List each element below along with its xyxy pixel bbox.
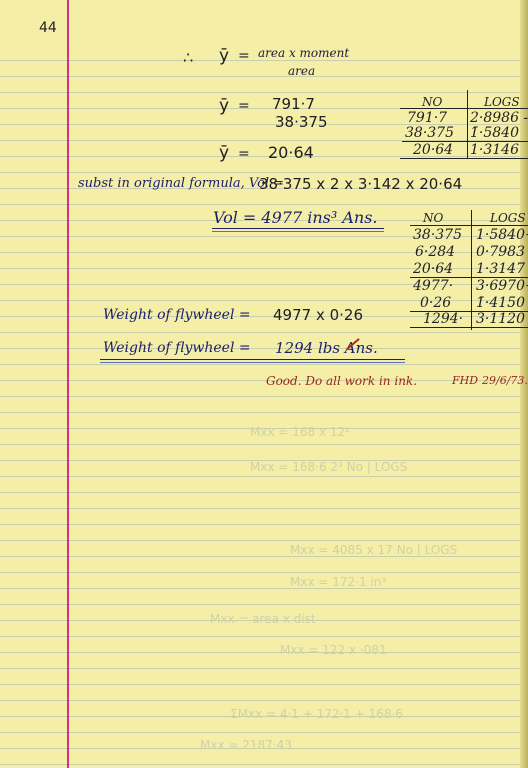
show-through-line: Mxx = 168·6 2³ No | LOGS bbox=[250, 460, 407, 474]
show-through-line: Mxx = area x dist bbox=[210, 612, 316, 626]
show-through-line: ΣMxx = 4·1 + 172·1 + 168·6 bbox=[230, 707, 403, 721]
log-row-no: 4977· bbox=[413, 278, 453, 294]
formula-denominator: area bbox=[288, 64, 315, 78]
y-bar-result: 20·64 bbox=[268, 143, 314, 162]
log-table-header-no: NO bbox=[423, 211, 443, 225]
table-rule bbox=[410, 327, 528, 328]
show-through-line: Mxx = 168 x 12² bbox=[250, 425, 350, 439]
table-divider bbox=[471, 210, 472, 330]
log-row-no: 20·64 bbox=[413, 142, 453, 158]
volume-underline-2 bbox=[212, 231, 384, 232]
log-row-no: 38·375 bbox=[405, 125, 454, 141]
log-row-log: 3·1120 bbox=[476, 311, 525, 327]
show-through-line: Mxx = 2187·43 bbox=[200, 738, 292, 752]
log-row-log: 0·7983 bbox=[476, 244, 525, 260]
table-divider bbox=[467, 90, 468, 158]
weight-expression: 4977 x 0·26 bbox=[273, 306, 363, 324]
teacher-date: 29/6/73. bbox=[482, 374, 528, 387]
log-row-log: 1·5840+ bbox=[476, 227, 528, 243]
show-through-line: Mxx = 172·1 in³ bbox=[290, 575, 386, 589]
y-bar-symbol: ȳ bbox=[219, 96, 229, 116]
volume-label: subst in original formula, Vol = bbox=[78, 176, 284, 191]
log-table-header-no: NO bbox=[422, 95, 442, 109]
log-row-no: 0·26 bbox=[420, 295, 451, 311]
log-row-no: 791·7 bbox=[407, 110, 447, 126]
margin-line bbox=[67, 0, 69, 768]
show-through-line: Mxx = 122 x ·081 bbox=[280, 643, 387, 657]
table-rule bbox=[400, 108, 528, 109]
log-row-no: 6·284 bbox=[415, 244, 455, 260]
formula-numerator: area x moment bbox=[258, 46, 349, 60]
log-row-no: 38·375 bbox=[413, 227, 462, 243]
y-bar-symbol: ȳ bbox=[219, 46, 229, 66]
weight-underline bbox=[100, 359, 405, 360]
volume-expression: 38·375 x 2 x 3·142 x 20·64 bbox=[259, 175, 462, 193]
log-row-log: 1·3147 bbox=[476, 261, 525, 277]
equals-sign: = bbox=[238, 98, 250, 114]
table-rule bbox=[410, 225, 528, 226]
table-rule bbox=[400, 158, 528, 159]
weight-label-1: Weight of flywheel = bbox=[103, 307, 251, 323]
log-row-log: 1̄·5840 bbox=[470, 125, 519, 141]
equals-sign: = bbox=[238, 48, 250, 64]
fraction-denominator: 38·375 bbox=[275, 113, 328, 131]
therefore-symbol: ∴ bbox=[183, 48, 193, 67]
log-table-header-logs: LOGS bbox=[490, 211, 526, 225]
volume-underline bbox=[212, 228, 384, 229]
show-through-line: Mxx = 4085 x 17 No | LOGS bbox=[290, 543, 457, 557]
weight-label-2: Weight of flywheel = bbox=[103, 340, 251, 356]
y-bar-symbol: ȳ bbox=[219, 143, 229, 163]
log-row-log: 1·3146 bbox=[470, 142, 519, 158]
volume-result: Vol = 4977 ins³ Ans. bbox=[213, 208, 378, 227]
equals-sign: = bbox=[238, 146, 250, 162]
log-row-no: 20·64 bbox=[413, 261, 453, 277]
notebook-page bbox=[0, 0, 528, 768]
log-row-log: 2·8986 - bbox=[470, 110, 528, 126]
log-row-no: 1294· bbox=[423, 311, 463, 327]
teacher-comment: Good. Do all work in ink. bbox=[266, 374, 417, 388]
log-table-header-logs: LOGS bbox=[484, 95, 520, 109]
teacher-initials: FHD bbox=[452, 374, 478, 387]
page-number: 44 bbox=[39, 20, 57, 36]
log-row-log: 1̄·4150 bbox=[476, 295, 525, 311]
weight-underline-2 bbox=[100, 362, 405, 363]
log-row-log: 3·6970+ bbox=[476, 278, 528, 294]
weight-result: 1294 lbs Ans. bbox=[275, 339, 378, 357]
fraction-numerator: 791·7 bbox=[272, 95, 315, 113]
